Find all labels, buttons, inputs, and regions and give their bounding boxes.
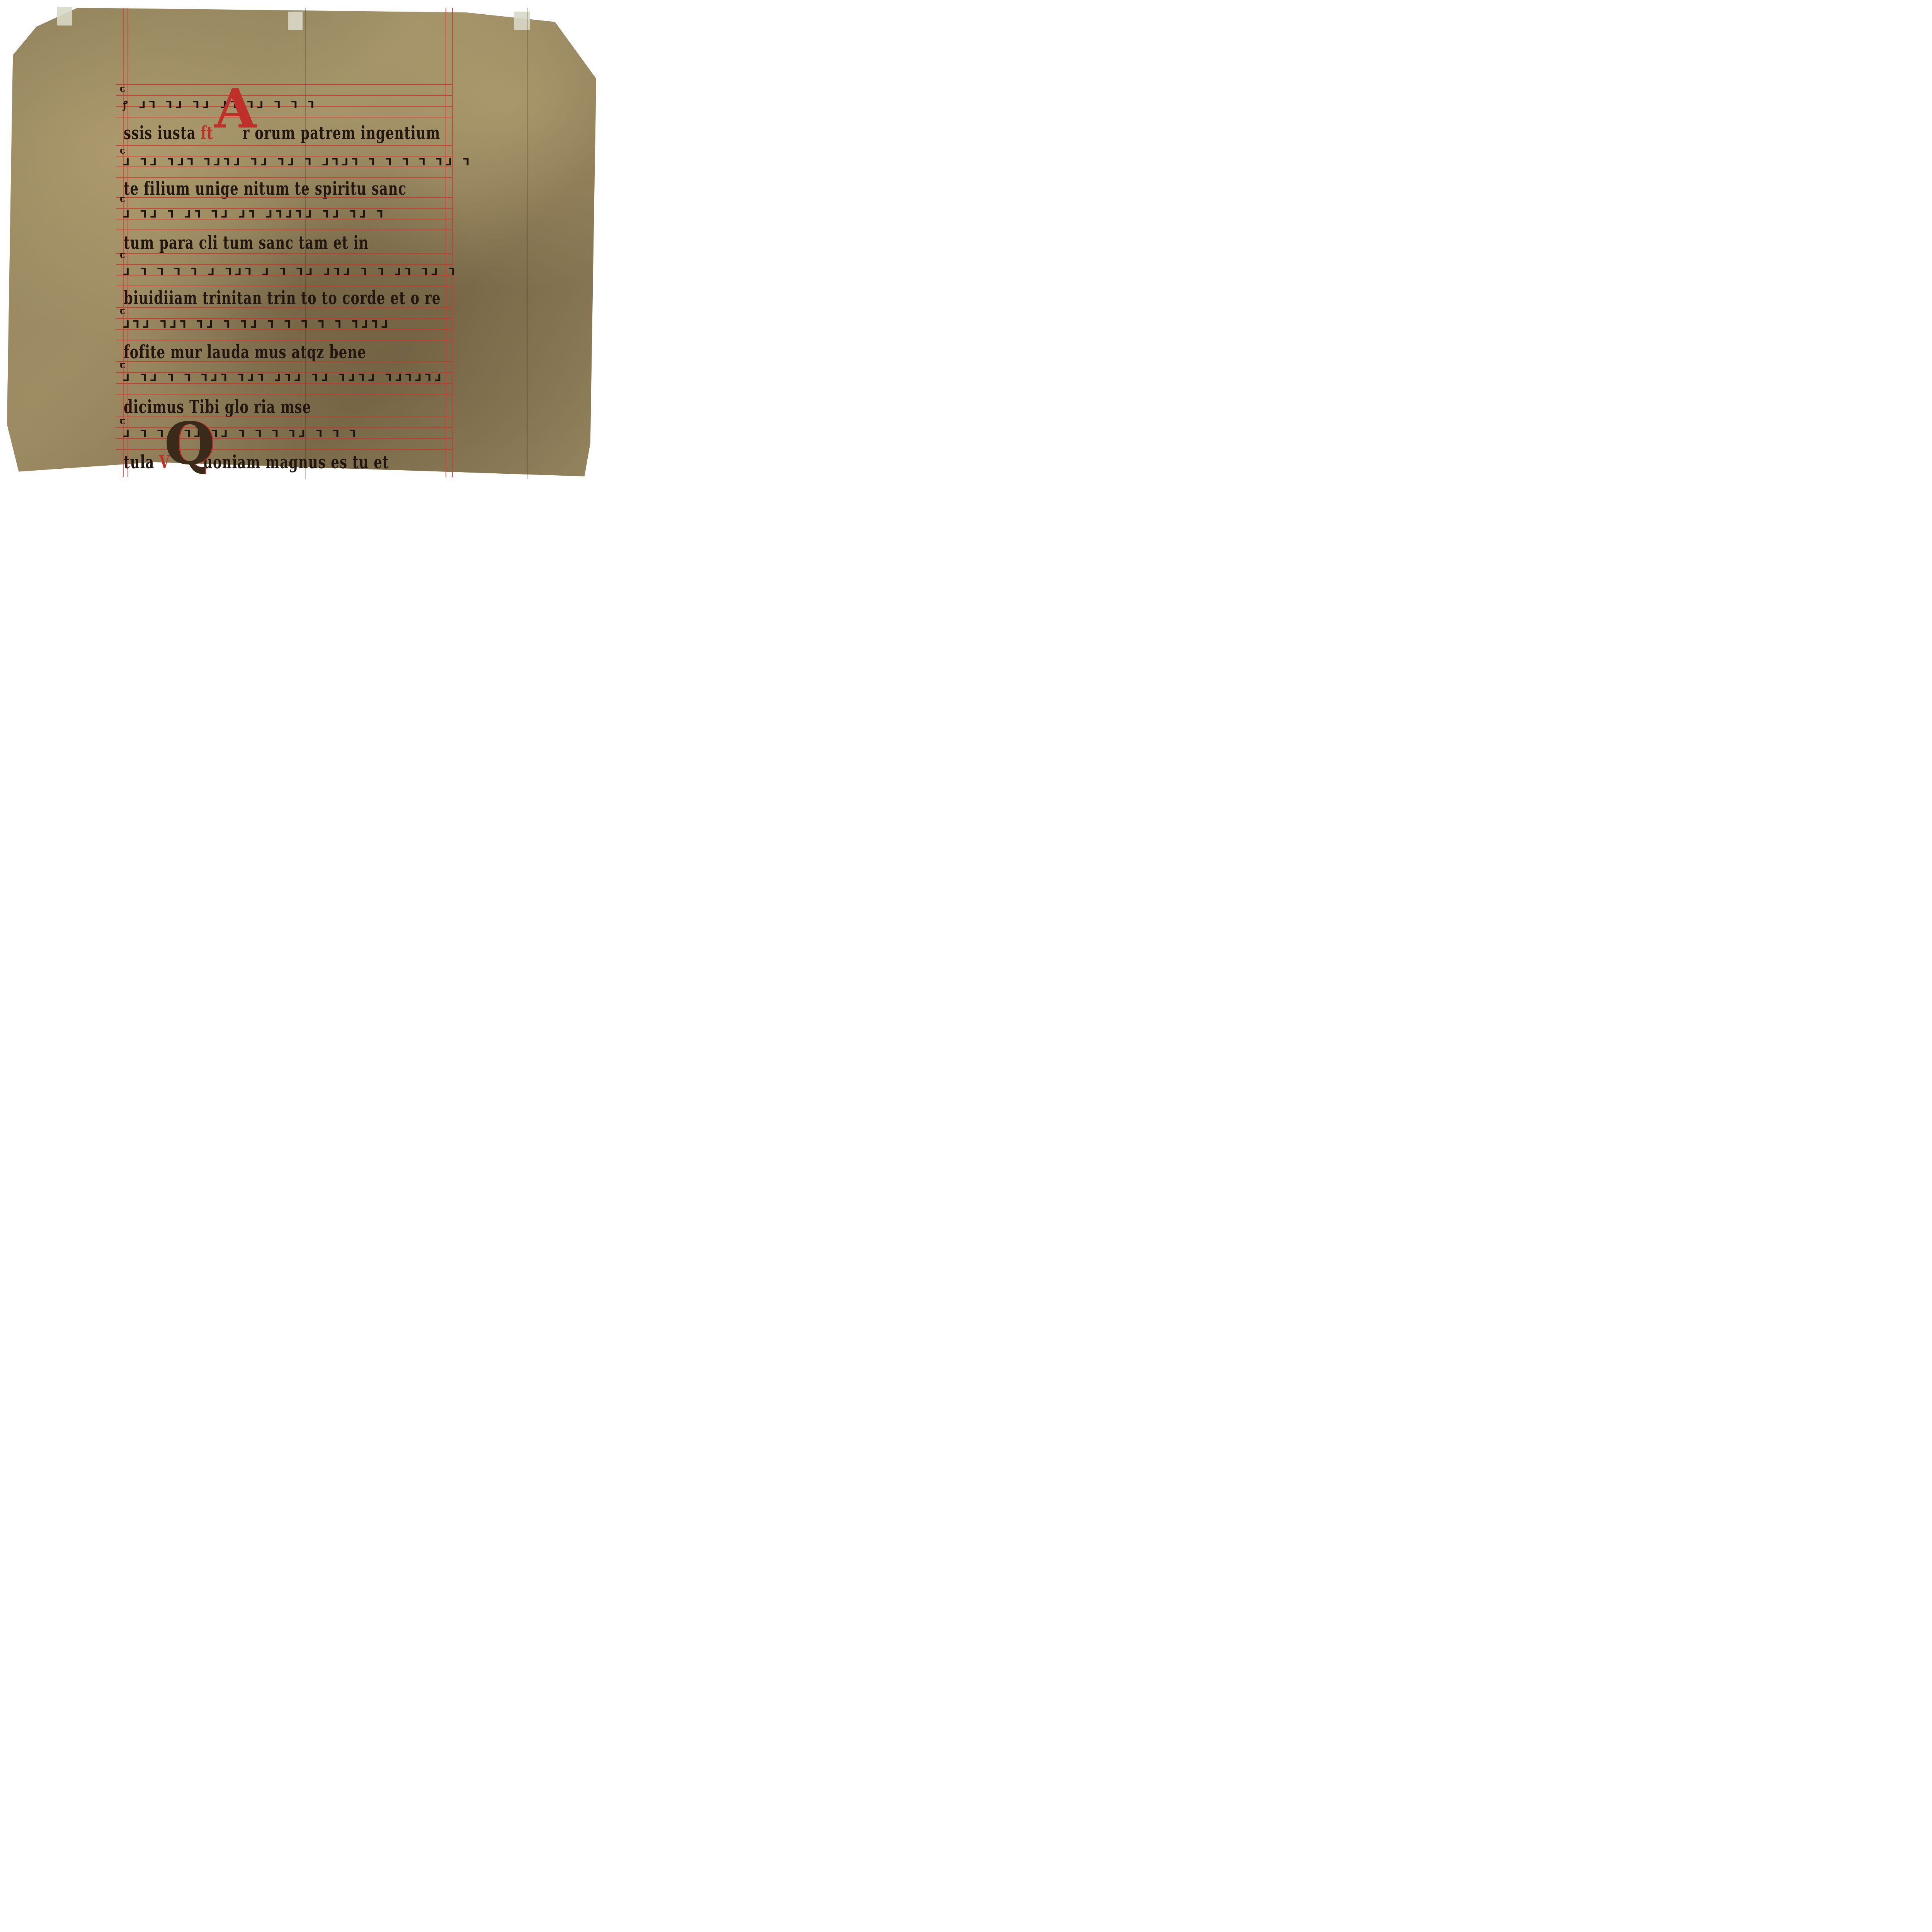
neumes-row: ⅃ ⅂⅃ ⅂⅃⅂ ⅂⅃⅂⅃ ⅂⅃ ⅂⅃ ⅂ ⅃⅂⅃⅂ ⅂ ⅂ ⅂ ⅂ ⅂⅃ ⅂ <box>123 156 452 168</box>
clef-icon: ꞇ <box>120 83 126 94</box>
text-segment: ssis iusta <box>124 123 196 144</box>
clef-icon: ꞇ <box>120 359 126 371</box>
neumes-row: ꝭ ⅃⅂ ⅂⅃ ⅂⅃ ⅃⅂ ⅂⅃ ⅂ ⅂ ⅂ <box>123 97 452 111</box>
text-line-3: tum para cli tum sanc tam et in <box>124 233 452 253</box>
text-line-2: te filium unige nitum te spiritu sanc <box>124 179 452 199</box>
ruling-right-outer <box>452 8 453 477</box>
text-segment: tula <box>124 452 154 473</box>
rubric-mark: ft <box>201 123 213 144</box>
neumes-row: ⅃ ⅂ ⅂ ⅂ ⅂ ⅃ ⅂⅃⅂ ⅃ ⅂ ⅂⅃ ⅃⅂⅃ ⅂ ⅂ ⅃⅂ ⅂⅃ ⅂ <box>123 266 452 278</box>
text-line-5: fofite mur lauda mus atqz bene <box>124 342 452 363</box>
staff-3: ⅃ ⅂⅃ ⅂ ⅃⅂ ⅂⅃ ⅃⅂ ⅃⅂⅃⅂⅃ ⅂⅃ ⅂⅃ ⅂ <box>116 197 452 233</box>
neumes-row: ⅃⅂⅃ ⅂⅃⅂ ⅂⅃ ⅂ ⅂⅃ ⅂ ⅂ ⅂ ⅂ ⅂ ⅂⅃⅂⅃ <box>123 319 452 330</box>
text-segment: uoniam magnus es tu et <box>203 452 389 473</box>
clef-icon: ꞇ <box>120 249 126 260</box>
staff-2: ⅃ ⅂⅃ ⅂⅃⅂ ⅂⅃⅂⅃ ⅂⅃ ⅂⅃ ⅂ ⅃⅂⅃⅂ ⅂ ⅂ ⅂ ⅂ ⅂⅃ ⅂ <box>116 145 452 180</box>
text-line-1: ssis iusta ft r orum patrem ingentium <box>124 123 452 144</box>
text-segment: r orum patrem ingentium <box>243 123 440 144</box>
clef-icon: ꞇ <box>120 305 126 316</box>
neumes-row: ⅃ ⅂⅃ ⅂ ⅂ ⅂⅃⅂ ⅂⅃⅂ ⅃⅂⅃ ⅂⅃ ⅂⅃⅂⅃ ⅂⅃⅂⅃⅂⅃ <box>123 372 452 384</box>
initial-letter-a: A <box>214 77 257 141</box>
initial-letter-q: Q <box>164 410 215 478</box>
staff-6: ⅃ ⅂⅃ ⅂ ⅂ ⅂⅃⅂ ⅂⅃⅂ ⅃⅂⅃ ⅂⅃ ⅂⅃⅂⅃ ⅂⅃⅂⅃⅂⅃ <box>116 361 452 397</box>
neumes-row: ⅃ ⅂⅃ ⅂ ⅃⅂ ⅂⅃ ⅃⅂ ⅃⅂⅃⅂⅃ ⅂⅃ ⅂⅃ ⅂ <box>123 209 452 220</box>
staff-5: ⅃⅂⅃ ⅂⅃⅂ ⅂⅃ ⅂ ⅂⅃ ⅂ ⅂ ⅂ ⅂ ⅂ ⅂⅃⅂⅃ <box>116 307 452 343</box>
staff-4: ⅃ ⅂ ⅂ ⅂ ⅂ ⅃ ⅂⅃⅂ ⅃ ⅂ ⅂⅃ ⅃⅂⅃ ⅂ ⅂ ⅃⅂ ⅂⅃ ⅂ <box>116 253 452 289</box>
text-line-4: biuidiiam trinitan trin to to corde et o… <box>124 288 452 309</box>
clef-icon: ꞇ <box>120 415 126 427</box>
tape-strip-left <box>57 7 72 26</box>
clef-icon: ꞇ <box>120 193 126 204</box>
tape-strip-center <box>288 12 303 30</box>
fold-line-right <box>527 8 528 479</box>
clef-icon: ꞇ <box>120 145 126 156</box>
staff-1: ꝭ ⅃⅂ ⅂⅃ ⅂⅃ ⅃⅂ ⅂⅃ ⅂ ⅂ ⅂ <box>116 84 452 120</box>
